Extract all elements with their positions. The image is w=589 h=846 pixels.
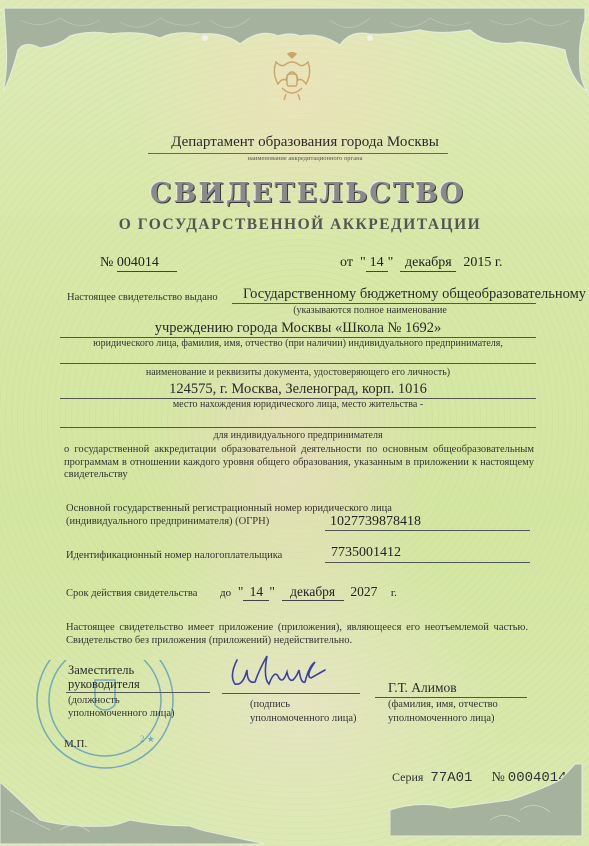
caption-line2: юридического лица, фамилия, имя, отчеств… bbox=[60, 338, 536, 349]
address: 124575, г. Москва, Зеленоград, корп. 101… bbox=[60, 381, 536, 398]
number-prefix: № bbox=[100, 255, 113, 270]
caption-line3: наименование и реквизиты документа, удос… bbox=[60, 367, 536, 378]
issued-to-line1: Государственному бюджетному общеобразова… bbox=[243, 286, 586, 303]
decorative-frame-bottom-right bbox=[390, 760, 589, 846]
validity-day: 14 bbox=[243, 584, 269, 601]
caption-line5: для индивидуального предпринимателя bbox=[60, 430, 536, 441]
position-caption-line1: (должность bbox=[68, 694, 175, 707]
signature-caption: (подпись уполномоченного лица) bbox=[250, 698, 357, 726]
caption-line4: место нахождения юридического лица, мест… bbox=[60, 399, 536, 410]
inn-value: 7735001412 bbox=[331, 545, 401, 561]
issuer-caption: наименование аккредитационного органа bbox=[160, 155, 450, 162]
issue-month: декабря bbox=[400, 255, 456, 272]
coat-of-arms-icon bbox=[270, 52, 314, 102]
issuer-underline bbox=[148, 153, 448, 154]
certificate-number: 004014 bbox=[117, 255, 177, 272]
date-prefix: от bbox=[340, 255, 353, 270]
underline bbox=[66, 692, 210, 693]
underline bbox=[60, 427, 536, 428]
certificate-number-row: № 004014 bbox=[100, 255, 177, 272]
appendix-note: Настоящее свидетельство имеет приложение… bbox=[66, 622, 528, 647]
decorative-frame-bottom-left bbox=[0, 760, 300, 846]
caption-line1: (указываются полное наименование bbox=[220, 305, 520, 316]
seal-label: М.П. bbox=[64, 738, 87, 750]
document-subtitle: О ГОСУДАРСТВЕННОЙ АККРЕДИТАЦИИ bbox=[110, 216, 490, 234]
inn-label: Идентификационный номер налогоплательщик… bbox=[66, 550, 282, 561]
underline bbox=[325, 562, 530, 563]
name-caption-line1: (фамилия, имя, отчество bbox=[388, 698, 498, 712]
signature-caption-line1: (подпись bbox=[250, 698, 357, 712]
signer-position: Заместитель руководителя bbox=[68, 663, 140, 691]
position-caption-line2: уполномоченного лица) bbox=[68, 707, 175, 720]
underline bbox=[60, 363, 536, 364]
underline bbox=[325, 530, 530, 531]
name-caption: (фамилия, имя, отчество уполномоченного … bbox=[388, 698, 498, 726]
validity-label: Срок действия свидетельства bbox=[66, 588, 197, 599]
position-caption: (должность уполномоченного лица) bbox=[68, 694, 175, 720]
validity-year: 2027 bbox=[350, 584, 377, 599]
validity-date-row: до "14" декабря 2027 г. bbox=[220, 584, 397, 601]
issue-year: 2015 г. bbox=[463, 255, 502, 270]
issued-to-line2: учреждению города Москвы «Школа № 1692» bbox=[60, 320, 536, 337]
svg-text:2 ★: 2 ★ bbox=[140, 734, 155, 744]
signature-icon bbox=[225, 648, 335, 693]
validity-prefix: до bbox=[220, 587, 231, 599]
validity-month: декабря bbox=[282, 584, 344, 601]
signer-name: Г.Т. Алимов bbox=[388, 680, 457, 696]
signer-position-line2: руководителя bbox=[68, 677, 140, 691]
issue-date-row: от "14" декабря 2015 г. bbox=[340, 255, 503, 272]
signer-position-line1: Заместитель bbox=[68, 663, 140, 677]
name-caption-line2: уполномоченного лица) bbox=[388, 712, 498, 726]
underline bbox=[222, 693, 360, 694]
signature-caption-line2: уполномоченного лица) bbox=[250, 712, 357, 726]
issue-day: 14 bbox=[366, 255, 388, 272]
validity-suffix: г. bbox=[391, 587, 397, 599]
ogrn-value: 1027739878418 bbox=[330, 514, 421, 530]
issuer-name: Департамент образования города Москвы bbox=[160, 134, 450, 151]
issued-to-label: Настоящее свидетельство выдано bbox=[67, 292, 218, 303]
underline bbox=[232, 303, 536, 304]
document-title: СВИДЕТЕЛЬСТВО bbox=[150, 178, 450, 209]
purpose-text: о государственной аккредитации образоват… bbox=[64, 444, 534, 482]
